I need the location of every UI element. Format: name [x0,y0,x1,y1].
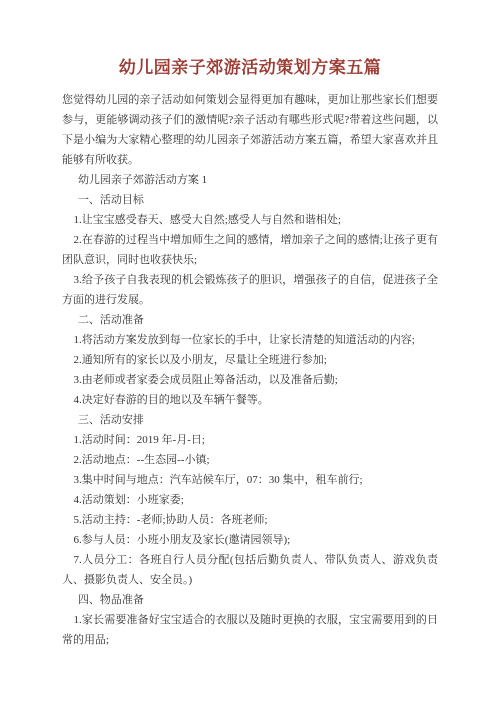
section-heading-4: 四、物品准备 [62,590,438,610]
list-item: 5.活动主持：-老师;协助人员：各班老师; [62,510,438,530]
list-item: 2.活动地点：--生态园--小镇; [62,450,438,470]
section-heading-1: 一、活动目标 [62,190,438,210]
intro-paragraph: 您觉得幼儿园的亲子活动如何策划会显得更加有趣味，更加让那些家长们想要参与，更能够… [62,90,438,170]
plan-subtitle: 幼儿园亲子郊游活动方案 1 [62,170,438,190]
list-item: 1.将活动方案发放到每一位家长的手中，让家长清楚的知道活动的内容; [62,330,438,350]
list-item: 3.集中时间与地点：汽车站候车厅，07：30 集中，租车前行; [62,470,438,490]
document-page: 幼儿园亲子郊游活动策划方案五篇 您觉得幼儿园的亲子活动如何策划会显得更加有趣味，… [0,0,500,707]
list-item: 1.活动时间：2019 年-月-日; [62,430,438,450]
list-item: 1.让宝宝感受春天、感受大自然;感受人与自然和谐相处; [62,210,438,230]
list-item: 1.家长需要准备好宝宝适合的衣服以及随时更换的衣服，宝宝需要用到的日常的用品; [62,610,438,650]
document-title: 幼儿园亲子郊游活动策划方案五篇 [62,56,438,80]
section-heading-2: 二、活动准备 [62,310,438,330]
list-item: 3.给予孩子自我表现的机会锻炼孩子的胆识，增强孩子的自信，促进孩子全方面的进行发… [62,270,438,310]
list-item: 4.决定好春游的目的地以及车辆午餐等。 [62,390,438,410]
list-item: 2.在春游的过程当中增加师生之间的感情，增加亲子之间的感情;让孩子更有团队意识，… [62,230,438,270]
list-item: 4.活动策划：小班家委; [62,490,438,510]
list-item: 3.由老师或者家委会成员阻止筹备活动，以及准备后勤; [62,370,438,390]
document-content: 幼儿园亲子郊游活动策划方案五篇 您觉得幼儿园的亲子活动如何策划会显得更加有趣味，… [0,0,500,650]
list-item: 7.人员分工：各班自行人员分配(包括后勤负责人、带队负责人、游戏负责人、摄影负责… [62,550,438,590]
list-item: 6.参与人员：小班小朋友及家长(邀请园领导); [62,530,438,550]
section-heading-3: 三、活动安排 [62,410,438,430]
list-item: 2.通知所有的家长以及小朋友，尽量让全班进行参加; [62,350,438,370]
